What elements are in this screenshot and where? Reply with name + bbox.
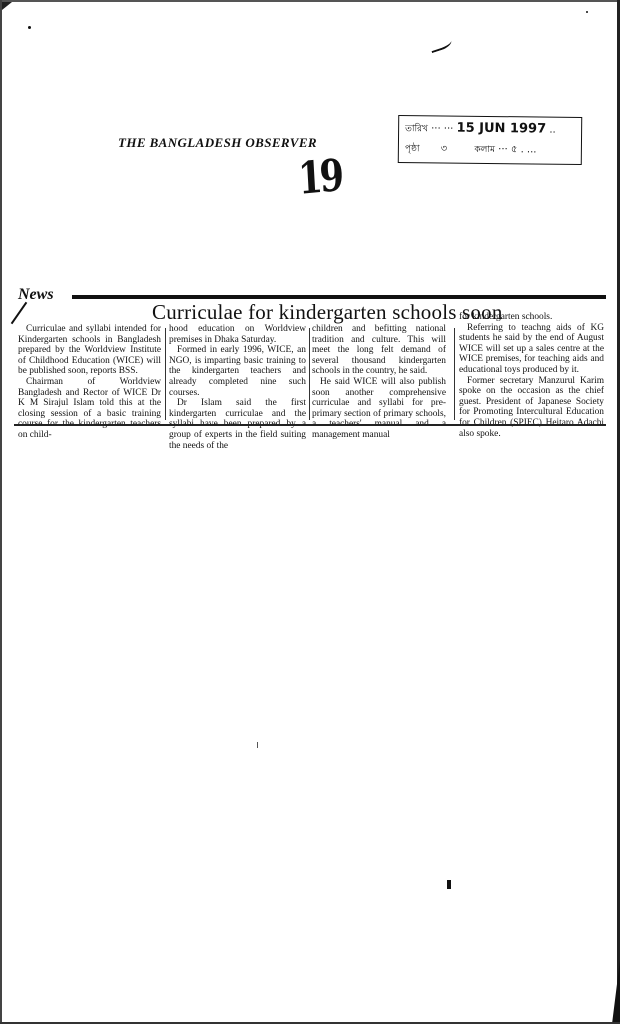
column-divider xyxy=(165,328,166,420)
stamp-date-value: 15 JUN 1997 xyxy=(456,121,546,137)
scan-edge-left xyxy=(0,0,2,1024)
paragraph: for kindergarten schools. xyxy=(459,312,604,323)
section-logo: News xyxy=(18,288,54,302)
stamp-page-row: পৃষ্ঠা ৩ কলাম ··· ৫ . ... xyxy=(405,141,537,159)
paragraph: Referring to teachng aids of KG students… xyxy=(459,323,604,376)
section-rule xyxy=(72,295,606,299)
paragraph: children and befitting national traditio… xyxy=(312,324,446,377)
scan-speck xyxy=(257,742,258,748)
paragraph: Chairman of Worldview Bangladesh and Rec… xyxy=(18,377,161,441)
stamp-date-label: তারিখ xyxy=(405,124,428,134)
paragraph: Former secretary Manzurul Karim spoke on… xyxy=(459,376,604,440)
article-headline: Curriculae for kindergarten schools soon xyxy=(152,300,503,325)
scan-mark xyxy=(447,880,451,889)
date-stamp: তারিখ ··· ··· 15 JUN 1997 .. পৃষ্ঠা ৩ কল… xyxy=(398,115,582,165)
stamp-page-label: পৃষ্ঠা xyxy=(405,144,420,154)
paragraph: Formed in early 1996, WICE, an NGO, is i… xyxy=(169,345,306,398)
column-divider xyxy=(454,328,455,420)
paragraph: He said WICE will also publish soon anot… xyxy=(312,377,446,441)
scan-speck xyxy=(586,11,588,13)
handwritten-number: 19 xyxy=(297,150,342,205)
publication-name: THE BANGLADESH OBSERVER xyxy=(118,135,317,151)
article-clipping: News Curriculae for kindergarten schools… xyxy=(14,288,606,430)
article-column-4: for kindergarten schools. Referring to t… xyxy=(459,312,604,439)
pen-slash-mark xyxy=(11,302,28,324)
scan-edge-top xyxy=(0,0,620,2)
paragraph: hood education on Worldview premises in … xyxy=(169,324,306,345)
scan-corner-mark xyxy=(2,2,12,10)
stamp-date-row: তারিখ ··· ··· 15 JUN 1997 .. xyxy=(405,120,556,138)
scan-speck xyxy=(28,26,31,29)
article-column-2: hood education on Worldview premises in … xyxy=(169,324,306,451)
stamp-column-label: কলাম xyxy=(474,145,495,155)
column-divider xyxy=(309,328,310,420)
stamp-page-value: ৩ xyxy=(441,143,448,154)
pen-mark xyxy=(429,37,453,53)
paragraph: Curriculae and syllabi intended for Kind… xyxy=(18,324,161,377)
clipping-bottom-rule xyxy=(14,424,606,426)
stamp-column-value: ৫ xyxy=(511,144,518,155)
